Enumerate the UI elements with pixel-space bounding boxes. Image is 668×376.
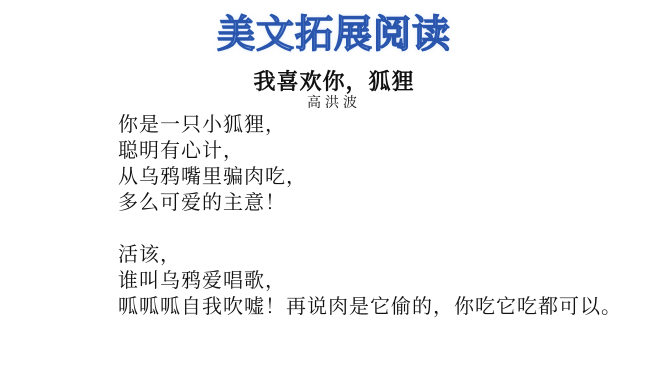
poem-body: 你是一只小狐狸，聪明有心计，从乌鸦嘴里骗肉吃，多么可爱的主意！ 活该，谁叫乌鸦爱… (118, 112, 648, 320)
poem-line: 呱呱呱自我吹嘘！再说肉是它偷的，你吃它吃都可以。 (118, 294, 648, 320)
presentation-slide: 美文拓展阅读 我喜欢你，狐狸 高洪波 你是一只小狐狸，聪明有心计，从乌鸦嘴里骗肉… (0, 0, 668, 376)
poem-line: 谁叫乌鸦爱唱歌， (118, 268, 648, 294)
poem-line: 你是一只小狐狸， (118, 112, 648, 138)
poem-line: 多么可爱的主意！ (118, 190, 648, 216)
poem-author: 高洪波 (0, 95, 668, 113)
poem-title: 我喜欢你，狐狸 (0, 68, 668, 96)
poem-line: 从乌鸦嘴里骗肉吃， (118, 164, 648, 190)
poem-line: 聪明有心计， (118, 138, 648, 164)
poem-line (118, 216, 648, 242)
slide-wordart-title: 美文拓展阅读 (0, 12, 668, 58)
poem-line: 活该， (118, 242, 648, 268)
